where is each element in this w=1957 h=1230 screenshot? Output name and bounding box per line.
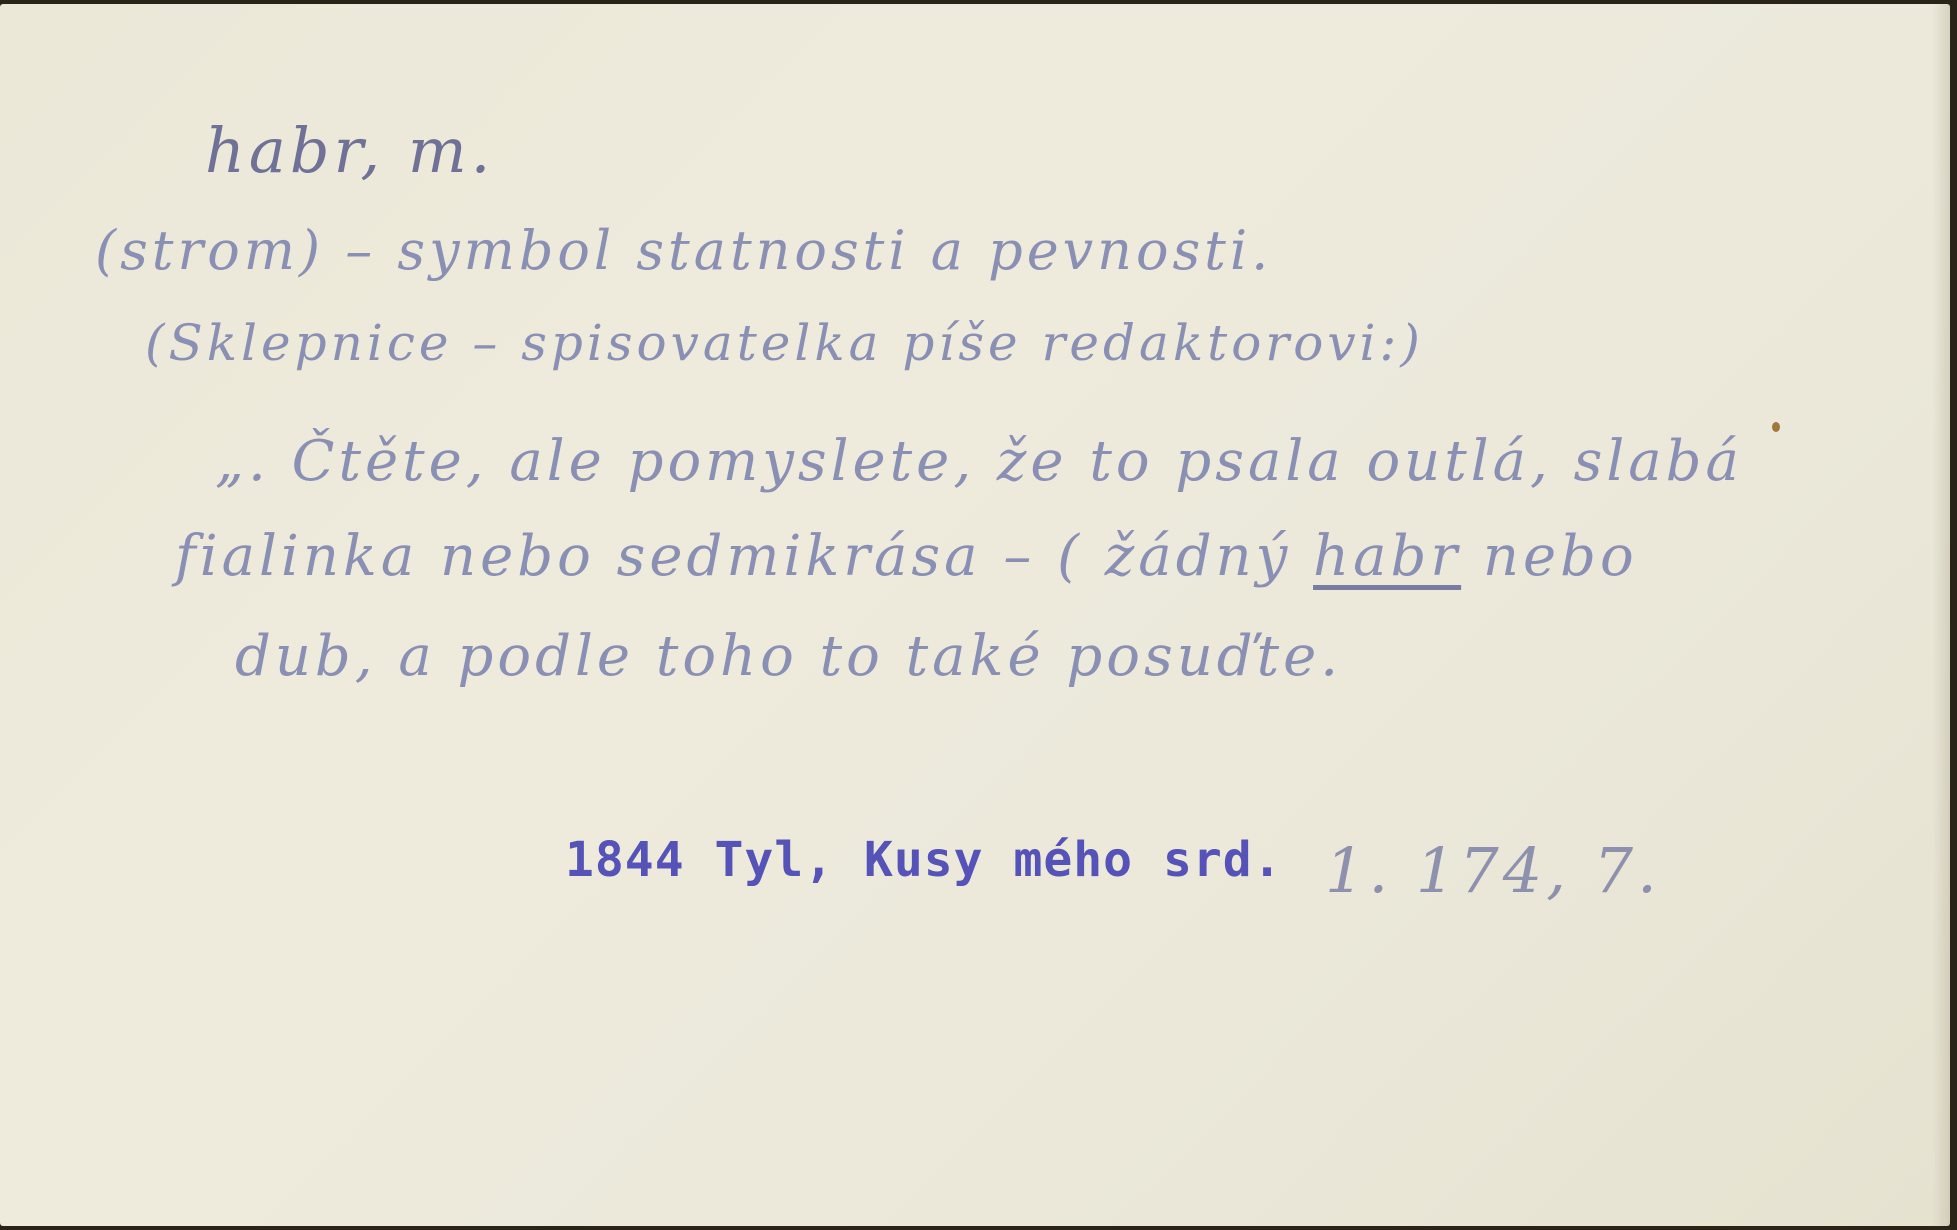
source-reference: 1. 174, 7. bbox=[1325, 834, 1661, 907]
paper-stain bbox=[1772, 422, 1780, 432]
definition: (strom) – symbol statnosti a pevnosti. bbox=[95, 219, 1272, 282]
quote-line-2: fialinka nebo sedmikrása – ( žádný habr … bbox=[175, 524, 1638, 589]
source-stamp: 1844 Tyl, Kusy mého srd. bbox=[565, 832, 1283, 888]
context-note: (Sklepnice – spisovatelka píše redaktoro… bbox=[145, 314, 1424, 372]
quote-line-3: dub, a podle toho to také posuďte. bbox=[235, 624, 1342, 689]
quote-keyword-underlined: habr bbox=[1313, 524, 1461, 589]
quote-line-2-end: nebo bbox=[1461, 524, 1638, 589]
quote-line-1: „. Čtěte, ale pomyslete, že to psala out… bbox=[215, 429, 1743, 494]
headword: habr, m. bbox=[205, 114, 494, 187]
lexicographic-index-card: habr, m. (strom) – symbol statnosti a pe… bbox=[0, 4, 1950, 1226]
quote-line-2-start: fialinka nebo sedmikrása – ( žádný bbox=[175, 524, 1313, 589]
